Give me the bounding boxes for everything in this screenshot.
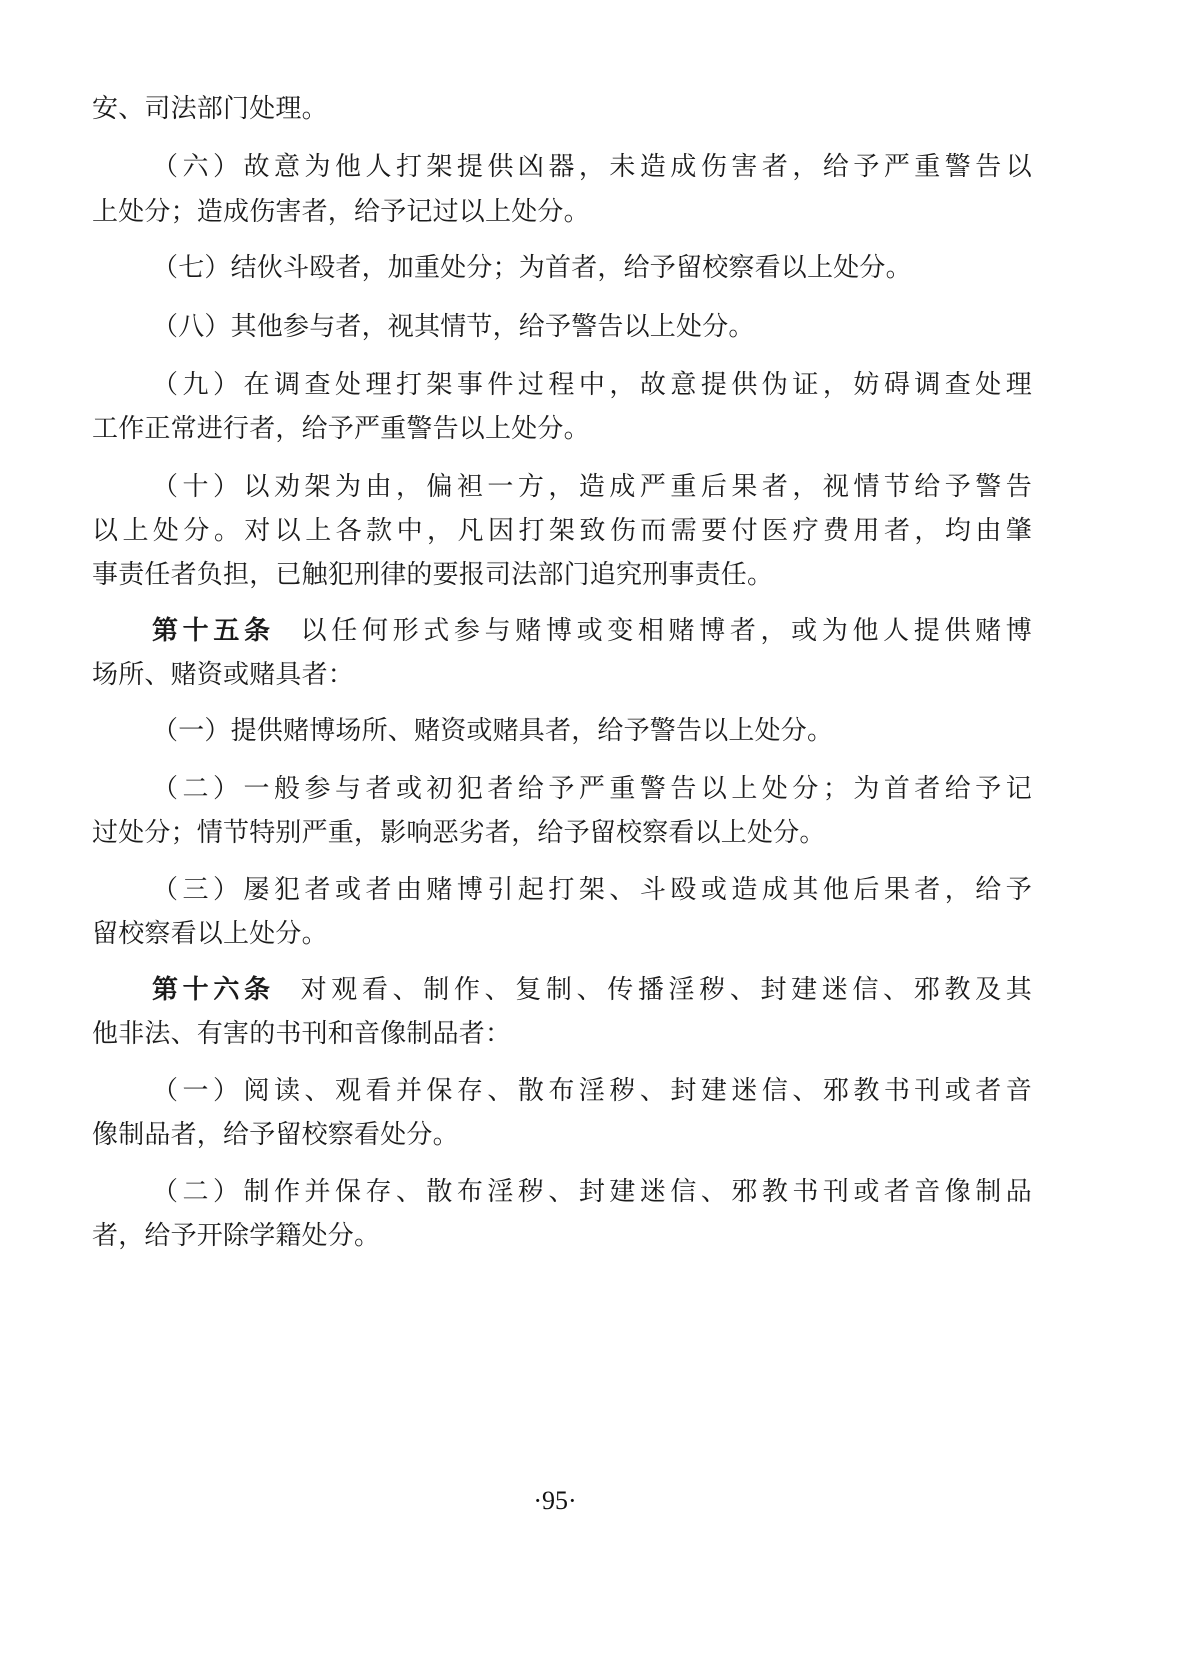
article-16-clause-2-line-2: 者，给予开除学籍处分。 [92, 1219, 1032, 1253]
article-15-clause-2-line-2: 过处分；情节特别严重，影响恶劣者，给予留校察看以上处分。 [92, 816, 1032, 850]
article-15-clause-3-line-1: （三）屡犯者或者由赌博引起打架、斗殴或造成其他后果者，给予 [152, 873, 1032, 907]
clause-6-line-2: 上处分；造成伤害者，给予记过以上处分。 [92, 195, 1032, 229]
article-15-heading: 第十五条 [152, 616, 275, 646]
article-16-clause-1-line-1: （一）阅读、观看并保存、散布淫秽、封建迷信、邪教书刊或者音 [152, 1074, 1032, 1108]
clause-8-line-1: （八）其他参与者，视其情节，给予警告以上处分。 [152, 310, 1032, 344]
article-15-clause-2-line-1: （二）一般参与者或初犯者给予严重警告以上处分；为首者给予记 [152, 772, 1032, 806]
paragraph-continuation-line: 安、司法部门处理。 [92, 92, 1032, 126]
article-15-line-1: 第十五条以任何形式参与赌博或变相赌博者，或为他人提供赌博 [152, 614, 1032, 648]
clause-10-line-2: 以上处分。对以上各款中，凡因打架致伤而需要付医疗费用者，均由肇 [92, 514, 1032, 548]
document-page: 安、司法部门处理。 （六）故意为他人打架提供凶器，未造成伤害者，给予严重警告以 … [0, 0, 1190, 1670]
clause-7-line-1: （七）结伙斗殴者，加重处分；为首者，给予留校察看以上处分。 [152, 251, 1032, 285]
article-15-line-2: 场所、赌资或赌具者： [92, 658, 1032, 692]
article-15-clause-3-line-2: 留校察看以上处分。 [92, 917, 1032, 951]
article-16-text: 对观看、制作、复制、传播淫秽、封建迷信、邪教及其 [301, 975, 1032, 1005]
article-15-text: 以任何形式参与赌博或变相赌博者，或为他人提供赌博 [301, 616, 1032, 646]
clause-9-line-2: 工作正常进行者，给予严重警告以上处分。 [92, 412, 1032, 446]
article-16-line-2: 他非法、有害的书刊和音像制品者： [92, 1017, 1032, 1051]
article-16-line-1: 第十六条对观看、制作、复制、传播淫秽、封建迷信、邪教及其 [152, 973, 1032, 1007]
article-15-clause-1-line-1: （一）提供赌博场所、赌资或赌具者，给予警告以上处分。 [152, 714, 1032, 748]
article-16-clause-2-line-1: （二）制作并保存、散布淫秽、封建迷信、邪教书刊或者音像制品 [152, 1175, 1032, 1209]
clause-10-line-1: （十）以劝架为由，偏袒一方，造成严重后果者，视情节给予警告 [152, 470, 1032, 504]
page-number: ·95· [0, 1486, 1110, 1516]
clause-9-line-1: （九）在调查处理打架事件过程中，故意提供伪证，妨碍调查处理 [152, 368, 1032, 402]
clause-10-line-3: 事责任者负担，已触犯刑律的要报司法部门追究刑事责任。 [92, 558, 1032, 592]
clause-6-line-1: （六）故意为他人打架提供凶器，未造成伤害者，给予严重警告以 [152, 150, 1032, 184]
article-16-heading: 第十六条 [152, 975, 275, 1005]
article-16-clause-1-line-2: 像制品者，给予留校察看处分。 [92, 1118, 1032, 1152]
